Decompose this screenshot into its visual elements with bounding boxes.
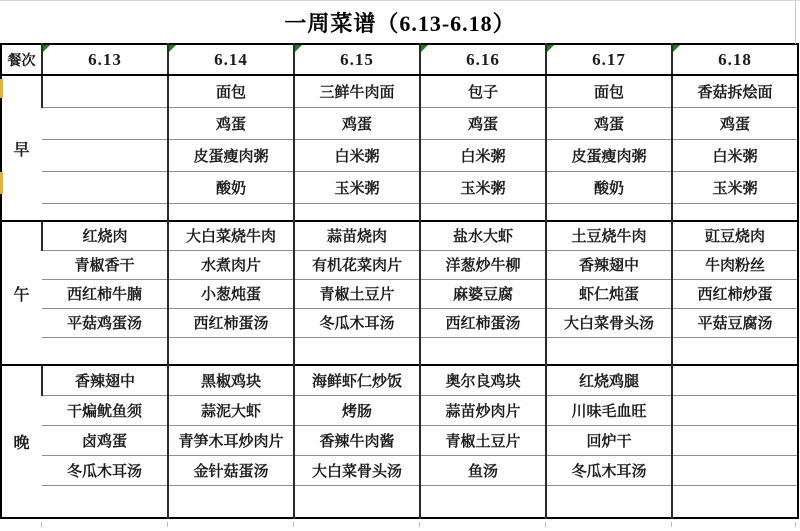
menu-cell[interactable]: 金针菇蛋汤 bbox=[168, 455, 294, 485]
menu-row: 午红烧肉大白菜烧牛肉蒜苗烧肉盐水大虾土豆烧牛肉豇豆烧肉 bbox=[1, 221, 798, 250]
menu-cell[interactable]: 香菇拆烩面 bbox=[672, 75, 798, 107]
menu-table-body: 早面包三鲜牛肉面包子面包香菇拆烩面鸡蛋鸡蛋鸡蛋鸡蛋鸡蛋皮蛋瘦肉粥白米粥白米粥皮蛋… bbox=[1, 75, 798, 518]
menu-cell[interactable]: 有机花菜肉片 bbox=[294, 250, 420, 279]
menu-cell[interactable]: 皮蛋瘦肉粥 bbox=[168, 139, 294, 171]
menu-cell[interactable]: 白米粥 bbox=[294, 139, 420, 171]
page-title: 一周菜谱（6.13-6.18） bbox=[0, 1, 800, 43]
menu-row: 晚香辣翅中黑椒鸡块海鲜虾仁炒饭奥尔良鸡块红烧鸡腿 bbox=[1, 365, 798, 395]
menu-cell[interactable]: 麻婆豆腐 bbox=[420, 279, 546, 308]
menu-cell[interactable]: 鸡蛋 bbox=[420, 107, 546, 139]
menu-row: 平菇鸡蛋汤西红柿蛋汤冬瓜木耳汤西红柿蛋汤大白菜骨头汤平菇豆腐汤 bbox=[1, 308, 798, 337]
menu-row: 干煸鱿鱼须蒜泥大虾烤肠蒜苗炒肉片川味毛血旺 bbox=[1, 395, 798, 425]
date-header-label: 6.14 bbox=[214, 50, 248, 69]
menu-cell[interactable]: 盐水大虾 bbox=[420, 221, 546, 250]
date-header-label: 6.15 bbox=[340, 50, 374, 69]
menu-cell[interactable]: 冬瓜木耳汤 bbox=[42, 455, 168, 485]
meal-label-cell[interactable]: 午 bbox=[1, 221, 42, 365]
date-header-cell[interactable]: 6.13 bbox=[42, 44, 168, 75]
menu-cell[interactable]: 青椒土豆片 bbox=[294, 279, 420, 308]
menu-cell[interactable]: 奥尔良鸡块 bbox=[420, 365, 546, 395]
menu-row: 青椒香干水煮肉片有机花菜肉片洋葱炒牛柳香辣翅中牛肉粉丝 bbox=[1, 250, 798, 279]
menu-cell[interactable]: 牛肉粉丝 bbox=[672, 250, 798, 279]
menu-cell[interactable]: 豇豆烧肉 bbox=[672, 221, 798, 250]
comment-indicator-icon bbox=[43, 45, 50, 52]
menu-cell[interactable] bbox=[42, 107, 168, 139]
spacer-row bbox=[1, 485, 798, 518]
menu-cell[interactable]: 鸡蛋 bbox=[168, 107, 294, 139]
date-header-cell[interactable]: 6.17 bbox=[546, 44, 672, 75]
menu-cell[interactable] bbox=[42, 203, 168, 221]
menu-cell[interactable] bbox=[168, 337, 294, 365]
menu-cell[interactable] bbox=[42, 171, 168, 203]
weekly-menu-table: 餐次6.136.146.156.166.176.18 早面包三鲜牛肉面包子面包香… bbox=[0, 43, 799, 519]
menu-cell[interactable] bbox=[420, 485, 546, 518]
menu-cell[interactable]: 大白菜骨头汤 bbox=[294, 455, 420, 485]
menu-cell[interactable] bbox=[294, 203, 420, 221]
menu-row: 卤鸡蛋青笋木耳炒肉片香辣牛肉酱青椒土豆片回炉干 bbox=[1, 425, 798, 455]
menu-cell[interactable]: 面包 bbox=[168, 75, 294, 107]
menu-cell[interactable]: 包子 bbox=[420, 75, 546, 107]
menu-cell[interactable] bbox=[294, 337, 420, 365]
menu-cell[interactable]: 香辣翅中 bbox=[546, 250, 672, 279]
menu-cell[interactable]: 红烧鸡腿 bbox=[546, 365, 672, 395]
menu-table-head: 餐次6.136.146.156.166.176.18 bbox=[1, 44, 798, 75]
menu-cell[interactable]: 干煸鱿鱼须 bbox=[42, 395, 168, 425]
date-header-cell[interactable]: 6.15 bbox=[294, 44, 420, 75]
menu-cell[interactable]: 鸡蛋 bbox=[546, 107, 672, 139]
menu-cell[interactable] bbox=[420, 203, 546, 221]
menu-cell[interactable]: 烤肠 bbox=[294, 395, 420, 425]
menu-cell[interactable]: 回炉干 bbox=[546, 425, 672, 455]
left-edge-artifact bbox=[0, 172, 3, 194]
menu-cell[interactable]: 鸡蛋 bbox=[294, 107, 420, 139]
date-header-label: 6.17 bbox=[592, 50, 626, 69]
menu-cell[interactable]: 黑椒鸡块 bbox=[168, 365, 294, 395]
menu-cell[interactable]: 西红柿牛腩 bbox=[42, 279, 168, 308]
menu-cell[interactable]: 平菇豆腐汤 bbox=[672, 308, 798, 337]
menu-cell[interactable] bbox=[168, 203, 294, 221]
menu-cell[interactable]: 香辣牛肉酱 bbox=[294, 425, 420, 455]
menu-cell[interactable]: 洋葱炒牛柳 bbox=[420, 250, 546, 279]
menu-cell[interactable] bbox=[546, 337, 672, 365]
menu-cell[interactable] bbox=[168, 485, 294, 518]
menu-cell[interactable]: 土豆烧牛肉 bbox=[546, 221, 672, 250]
menu-cell[interactable]: 蒜苗烧肉 bbox=[294, 221, 420, 250]
menu-cell[interactable] bbox=[672, 203, 798, 221]
menu-cell[interactable] bbox=[42, 75, 168, 107]
menu-cell[interactable]: 青椒土豆片 bbox=[420, 425, 546, 455]
left-edge-artifact bbox=[0, 79, 3, 98]
menu-cell[interactable] bbox=[672, 485, 798, 518]
menu-cell[interactable]: 川味毛血旺 bbox=[546, 395, 672, 425]
menu-cell[interactable]: 鱼汤 bbox=[420, 455, 546, 485]
menu-cell[interactable] bbox=[42, 337, 168, 365]
menu-cell[interactable]: 红烧肉 bbox=[42, 221, 168, 250]
menu-cell[interactable]: 卤鸡蛋 bbox=[42, 425, 168, 455]
menu-row: 鸡蛋鸡蛋鸡蛋鸡蛋鸡蛋 bbox=[1, 107, 798, 139]
menu-row: 早面包三鲜牛肉面包子面包香菇拆烩面 bbox=[1, 75, 798, 107]
menu-row: 酸奶玉米粥玉米粥酸奶玉米粥 bbox=[1, 171, 798, 203]
meal-label-cell[interactable]: 早 bbox=[1, 75, 42, 221]
menu-cell[interactable]: 酸奶 bbox=[168, 171, 294, 203]
menu-cell[interactable] bbox=[672, 455, 798, 485]
meal-label-cell[interactable]: 晚 bbox=[1, 365, 42, 518]
gridline bbox=[795, 1, 796, 44]
date-header-cell[interactable]: 6.18 bbox=[672, 44, 798, 75]
menu-cell[interactable]: 鸡蛋 bbox=[672, 107, 798, 139]
spreadsheet-gridline-strip bbox=[0, 522, 800, 531]
menu-cell[interactable]: 蒜泥大虾 bbox=[168, 395, 294, 425]
menu-cell[interactable] bbox=[42, 485, 168, 518]
menu-row: 皮蛋瘦肉粥白米粥白米粥皮蛋瘦肉粥白米粥 bbox=[1, 139, 798, 171]
menu-cell[interactable] bbox=[294, 485, 420, 518]
menu-cell[interactable] bbox=[672, 337, 798, 365]
comment-indicator-icon bbox=[547, 45, 554, 52]
menu-cell[interactable]: 香辣翅中 bbox=[42, 365, 168, 395]
menu-cell[interactable]: 白米粥 bbox=[420, 139, 546, 171]
menu-cell[interactable]: 玉米粥 bbox=[420, 171, 546, 203]
menu-cell[interactable]: 白米粥 bbox=[672, 139, 798, 171]
date-header-label: 6.18 bbox=[718, 50, 752, 69]
menu-cell[interactable]: 青笋木耳炒肉片 bbox=[168, 425, 294, 455]
menu-cell[interactable]: 西红柿蛋汤 bbox=[420, 308, 546, 337]
menu-cell[interactable]: 玉米粥 bbox=[672, 171, 798, 203]
date-header-cell[interactable]: 6.16 bbox=[420, 44, 546, 75]
menu-cell[interactable]: 冬瓜木耳汤 bbox=[546, 455, 672, 485]
menu-cell[interactable]: 平菇鸡蛋汤 bbox=[42, 308, 168, 337]
date-header-label: 6.16 bbox=[466, 50, 500, 69]
menu-row: 西红柿牛腩小葱炖蛋青椒土豆片麻婆豆腐虾仁炖蛋西红柿炒蛋 bbox=[1, 279, 798, 308]
menu-cell[interactable] bbox=[672, 395, 798, 425]
menu-cell[interactable] bbox=[420, 337, 546, 365]
comment-indicator-icon bbox=[421, 45, 428, 52]
date-header-label: 6.13 bbox=[88, 50, 122, 69]
menu-cell[interactable] bbox=[42, 139, 168, 171]
menu-cell[interactable]: 面包 bbox=[546, 75, 672, 107]
menu-cell[interactable]: 西红柿蛋汤 bbox=[168, 308, 294, 337]
menu-cell[interactable] bbox=[672, 425, 798, 455]
menu-cell[interactable]: 三鲜牛肉面 bbox=[294, 75, 420, 107]
comment-indicator-icon bbox=[673, 45, 680, 52]
comment-indicator-icon bbox=[295, 45, 302, 52]
menu-cell[interactable] bbox=[546, 203, 672, 221]
menu-cell[interactable] bbox=[546, 485, 672, 518]
comment-indicator-icon bbox=[169, 45, 176, 52]
menu-cell[interactable]: 水煮肉片 bbox=[168, 250, 294, 279]
menu-cell[interactable]: 海鲜虾仁炒饭 bbox=[294, 365, 420, 395]
menu-cell[interactable]: 蒜苗炒肉片 bbox=[420, 395, 546, 425]
date-header-cell[interactable]: 6.14 bbox=[168, 44, 294, 75]
corner-header-cell[interactable]: 餐次 bbox=[1, 44, 42, 75]
spacer-row bbox=[1, 337, 798, 365]
menu-cell[interactable]: 酸奶 bbox=[546, 171, 672, 203]
menu-cell[interactable]: 玉米粥 bbox=[294, 171, 420, 203]
menu-row: 冬瓜木耳汤金针菇蛋汤大白菜骨头汤鱼汤冬瓜木耳汤 bbox=[1, 455, 798, 485]
spacer-row bbox=[1, 203, 798, 221]
menu-cell[interactable]: 大白菜烧牛肉 bbox=[168, 221, 294, 250]
menu-cell[interactable] bbox=[672, 365, 798, 395]
menu-cell[interactable]: 虾仁炖蛋 bbox=[546, 279, 672, 308]
menu-cell[interactable]: 青椒香干 bbox=[42, 250, 168, 279]
menu-cell[interactable]: 大白菜骨头汤 bbox=[546, 308, 672, 337]
menu-cell[interactable]: 冬瓜木耳汤 bbox=[294, 308, 420, 337]
menu-cell[interactable]: 小葱炖蛋 bbox=[168, 279, 294, 308]
menu-cell[interactable]: 皮蛋瘦肉粥 bbox=[546, 139, 672, 171]
menu-cell[interactable]: 西红柿炒蛋 bbox=[672, 279, 798, 308]
